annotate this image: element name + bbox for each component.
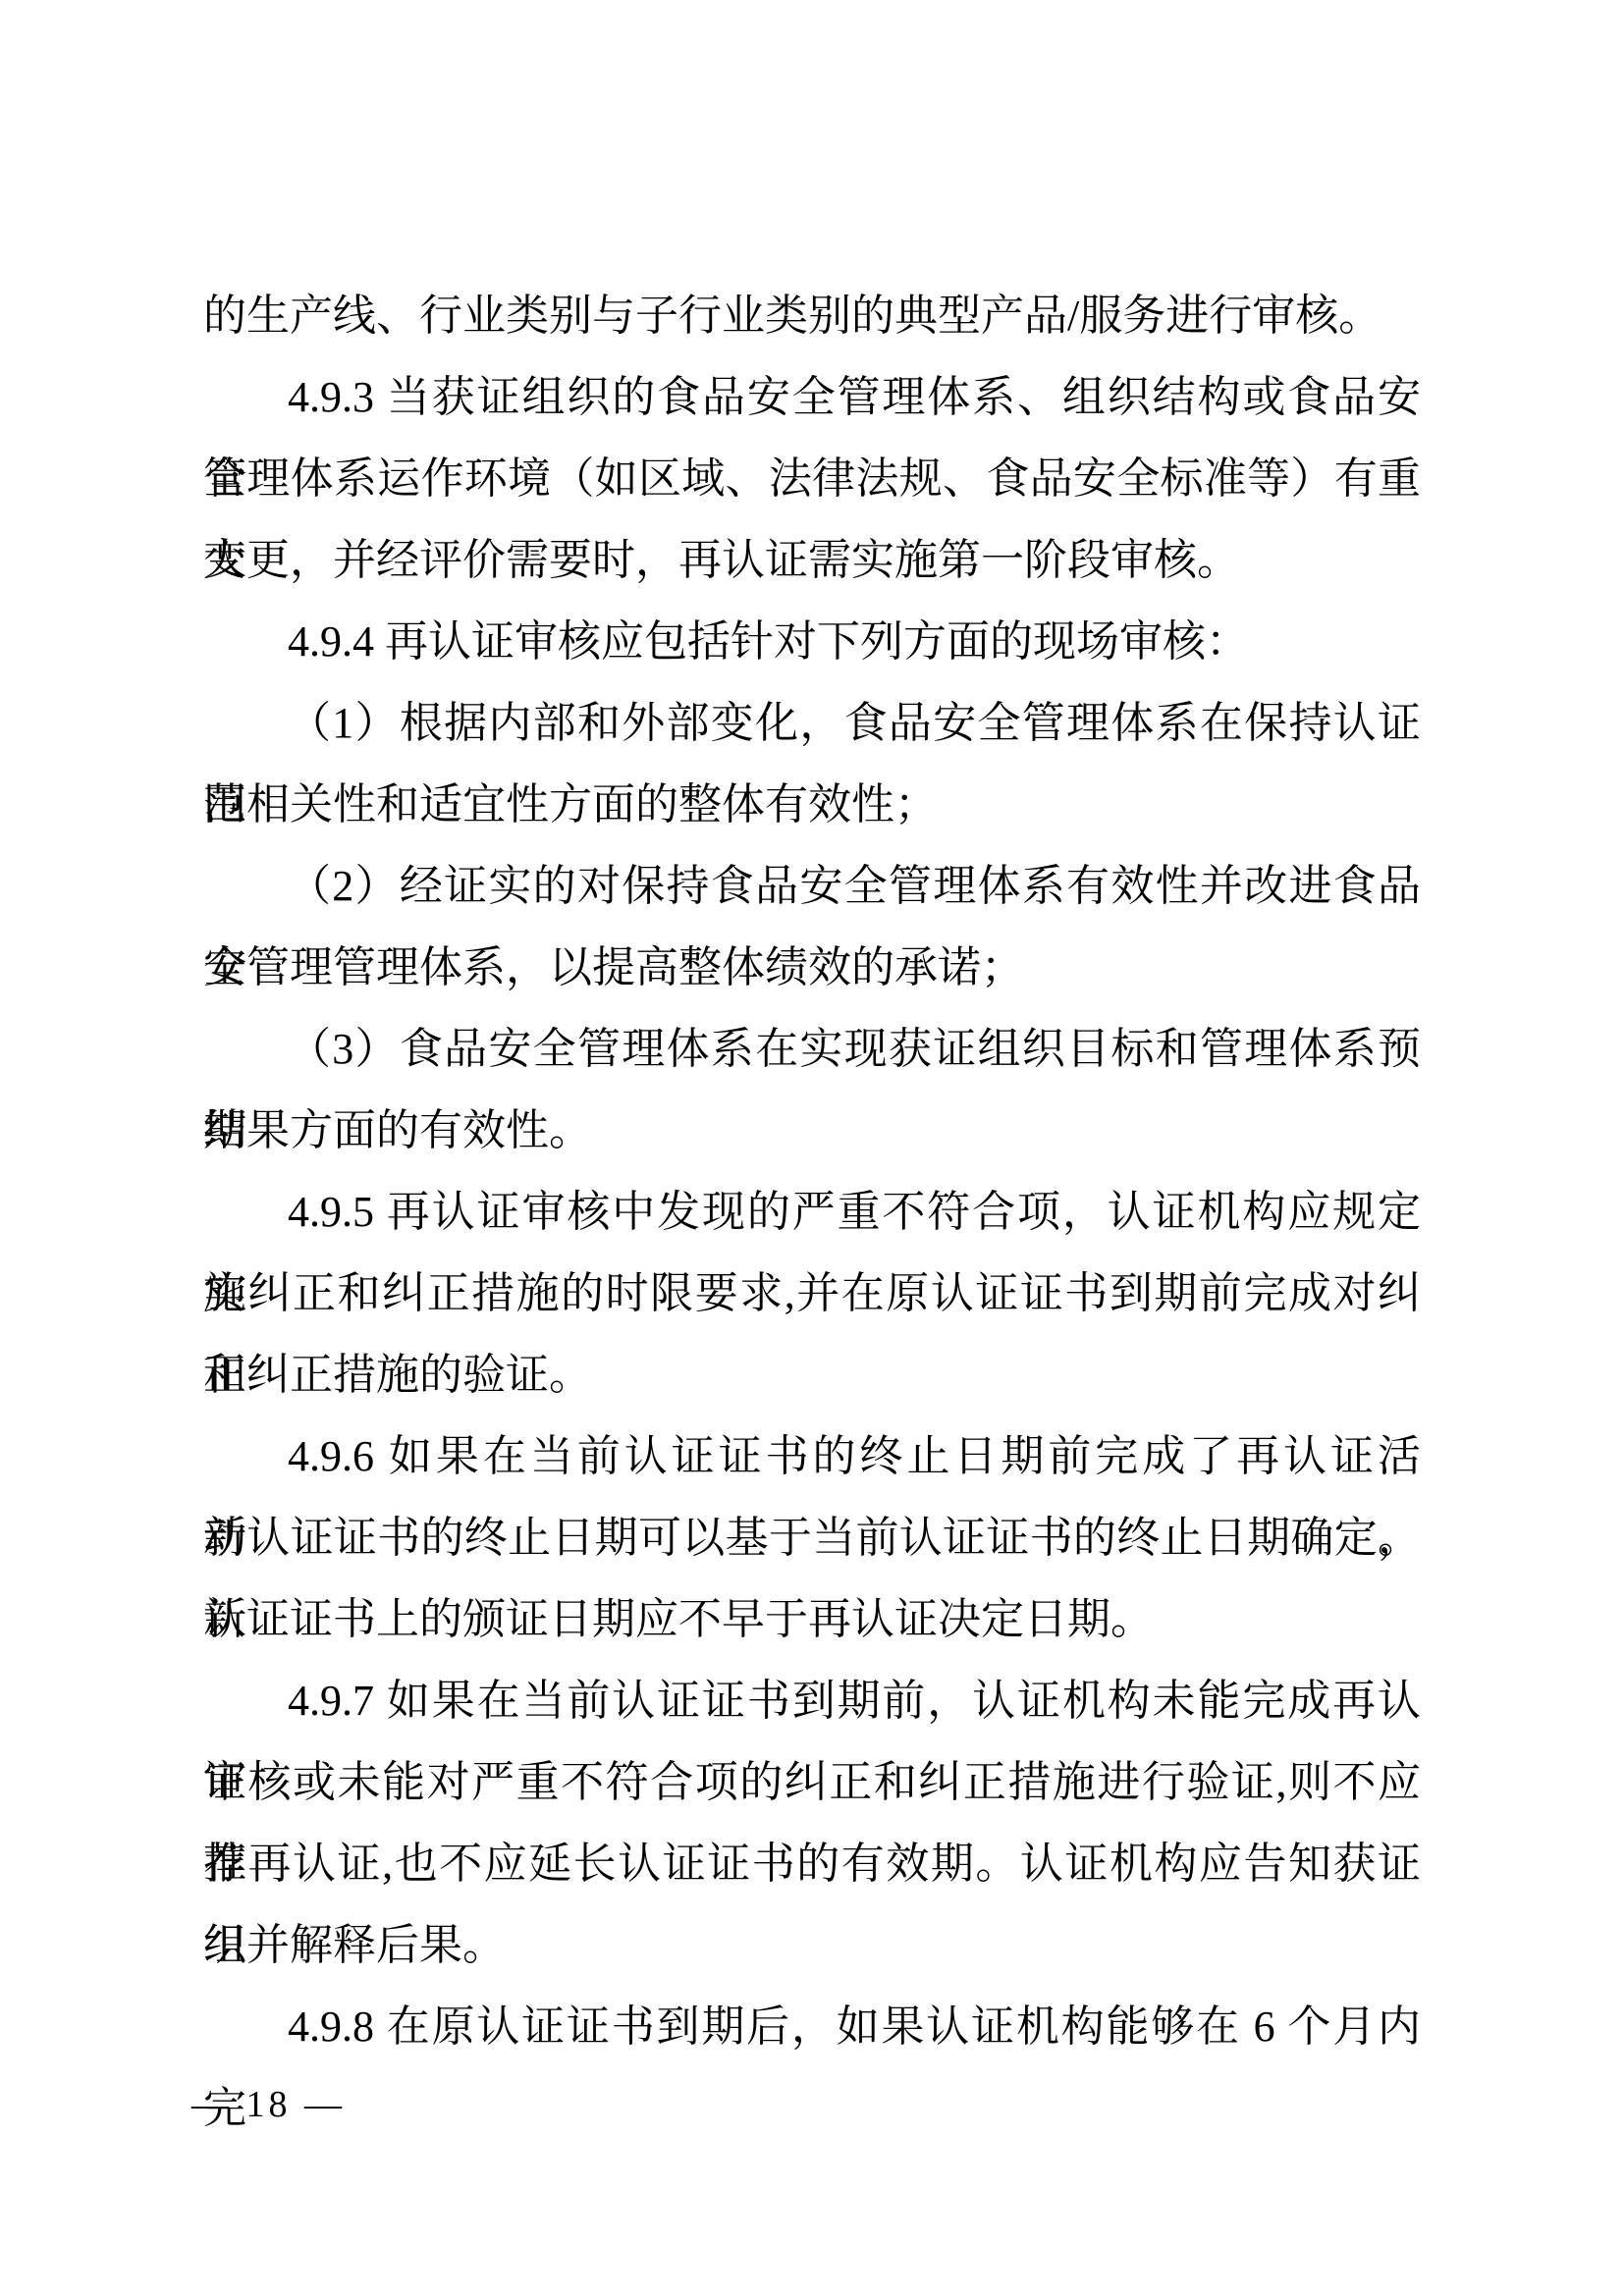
body-line: 变更，并经评价需要时，再认证需实施第一阶段审核。	[203, 519, 1421, 601]
body-line: （2）经证实的对保持食品安全管理体系有效性并改进食品安	[203, 845, 1421, 927]
body-line: 围相关性和适宜性方面的整体有效性；	[203, 764, 1421, 845]
body-line: （3）食品安全管理体系在实现获证组织目标和管理体系预期	[203, 1008, 1421, 1090]
body-line: 审核或未能对严重不符合项的纠正和纠正措施进行验证,则不应推	[203, 1741, 1421, 1823]
body-line: 4.9.4 再认证审核应包括针对下列方面的现场审核：	[203, 601, 1421, 682]
body-line: 新认证证书的终止日期可以基于当前认证证书的终止日期确定。新	[203, 1497, 1421, 1578]
body-line: 4.9.3 当获证组织的食品安全管理体系、组织结构或食品安全	[203, 356, 1421, 438]
body-line: 认证证书上的颁证日期应不早于再认证决定日期。	[203, 1578, 1421, 1660]
body-line: 4.9.6 如果在当前认证证书的终止日期前完成了再认证活动，	[203, 1415, 1421, 1497]
body-line: 全管理管理体系，以提高整体绩效的承诺；	[203, 927, 1421, 1008]
body-line: 和纠正措施的验证。	[203, 1334, 1421, 1415]
document-body: 的生产线、行业类别与子行业类别的典型产品/服务进行审核。 4.9.3 当获证组织…	[203, 275, 1421, 2067]
body-line: 结果方面的有效性。	[203, 1090, 1421, 1171]
body-line: 4.9.8 在原认证证书到期后，如果认证机构能够在 6 个月内完	[203, 1986, 1421, 2067]
body-line: 荐再认证,也不应延长认证证书的有效期。认证机构应告知获证组	[203, 1823, 1421, 1904]
body-line: （1）根据内部和外部变化，食品安全管理体系在保持认证范	[203, 682, 1421, 764]
body-line: 施纠正和纠正措施的时限要求,并在原认证证书到期前完成对纠正	[203, 1253, 1421, 1334]
document-page: 的生产线、行业类别与子行业类别的典型产品/服务进行审核。 4.9.3 当获证组织…	[0, 0, 1624, 2296]
body-line: 4.9.7 如果在当前认证证书到期前，认证机构未能完成再认证	[203, 1660, 1421, 1741]
body-line: 管理体系运作环境（如区域、法律法规、食品安全标准等）有重大	[203, 438, 1421, 519]
body-line: 织并解释后果。	[203, 1904, 1421, 1986]
page-number: — 18 —	[191, 2083, 346, 2126]
body-line: 的生产线、行业类别与子行业类别的典型产品/服务进行审核。	[203, 275, 1421, 356]
body-line: 4.9.5 再认证审核中发现的严重不符合项，认证机构应规定实	[203, 1171, 1421, 1253]
